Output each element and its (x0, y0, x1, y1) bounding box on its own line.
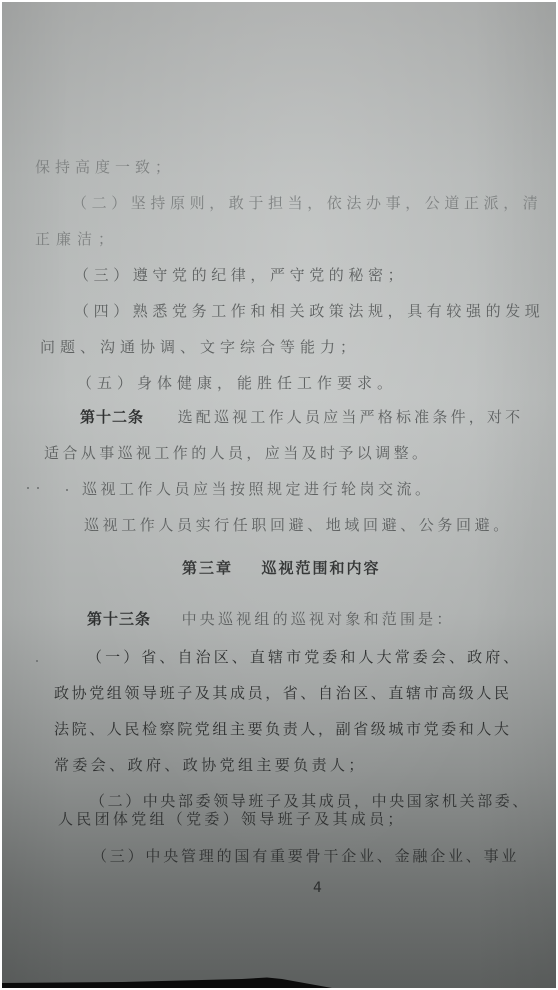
text-line: （一）省、自治区、直辖市党委和人大常委会、政府、 (87, 646, 521, 667)
photographed-document-page: 保持高度一致； （二）坚持原则，敢于担当，依法办事，公道正派，清 正廉洁； （三… (2, 2, 556, 988)
article-13-line: 第十三条 中央巡视组的巡视对象和范围是： (87, 608, 455, 629)
text-line: 问题、沟通协调、文字综合等能力； (40, 336, 360, 357)
text-line: （四）熟悉党务工作和相关政策法规，具有较强的发现 (74, 300, 544, 321)
scan-speck (37, 487, 39, 489)
chapter-number: 第三章 (182, 559, 233, 577)
text-line: 适合从事巡视工作的人员，应当及时予以调整。 (44, 442, 430, 463)
text-line: （二）坚持原则，敢于担当，依法办事，公道正派，清 (72, 192, 542, 213)
text-line: 常委会、政府、政协党组主要负责人； (54, 754, 367, 775)
chapter-heading: 第三章 巡视范围和内容 (182, 557, 381, 578)
scan-speck (66, 489, 68, 491)
text-line: 人民团体党组（党委）领导班子及其成员； (58, 808, 406, 829)
text-line: 政协党组领导班子及其成员，省、自治区、直辖市高级人民 (54, 682, 512, 703)
article-body: 选配巡视工作人员应当严格标准条件，对不 (178, 408, 524, 426)
article-12-line: 第十二条 选配巡视工作人员应当严格标准条件，对不 (80, 406, 523, 427)
text-line: 巡视工作人员实行任职回避、地域回避、公务回避。 (84, 514, 512, 535)
chapter-title: 巡视范围和内容 (261, 559, 380, 577)
scan-speck (27, 487, 29, 489)
scan-speck (36, 660, 38, 662)
text-line: （五）身体健康，能胜任工作要求。 (77, 372, 397, 393)
text-line: 正廉洁； (35, 228, 119, 249)
page-number: 4 (313, 880, 322, 896)
article-body: 中央巡视组的巡视对象和范围是： (182, 610, 455, 628)
bottom-shadow (2, 970, 556, 988)
article-heading: 第十二条 (80, 408, 144, 426)
text-line: 巡视工作人员应当按照规定进行轮岗交流。 (82, 478, 434, 499)
text-line: 法院、人民检察院党组主要负责人，副省级城市党委和人大 (54, 718, 512, 739)
article-heading: 第十三条 (87, 610, 151, 628)
text-line: （三）遵守党的纪律，严守党的秘密； (74, 264, 407, 285)
text-line: （三）中央管理的国有重要骨干企业、金融企业、事业 (92, 845, 519, 866)
text-line: 保持高度一致； (35, 156, 175, 177)
